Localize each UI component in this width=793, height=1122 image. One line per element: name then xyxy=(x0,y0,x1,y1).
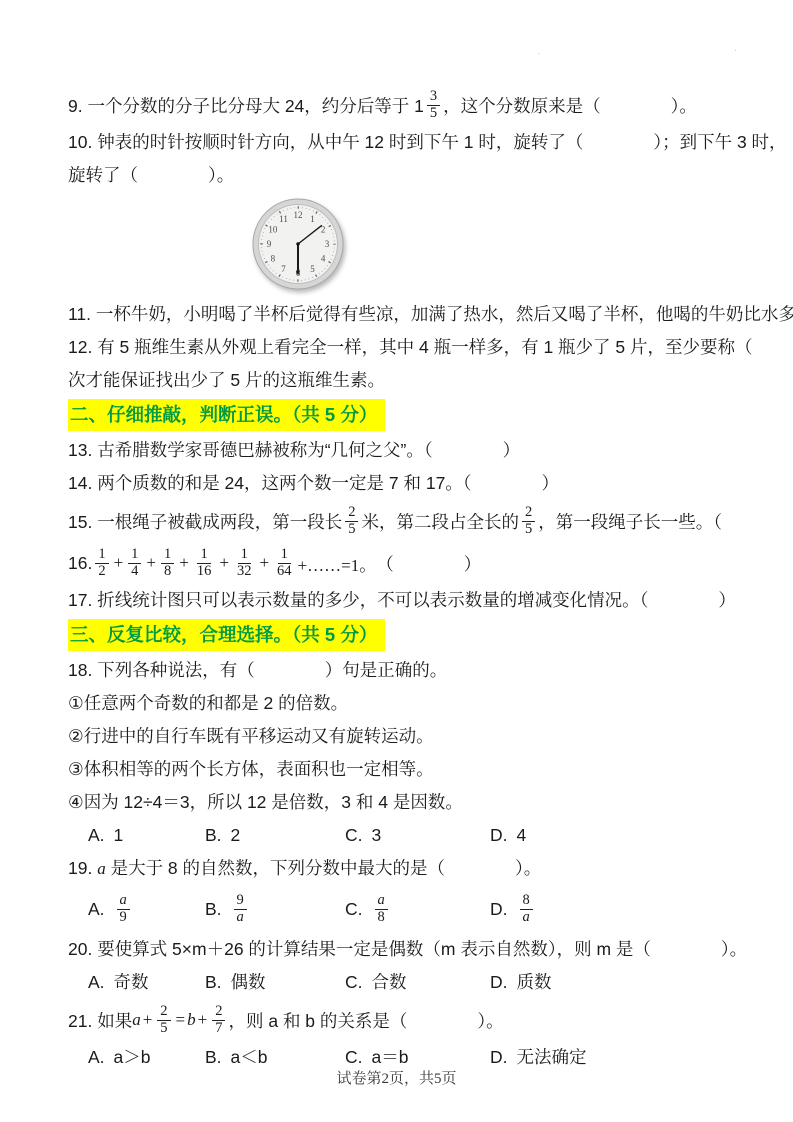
fraction-1-8: 18 xyxy=(161,547,174,579)
clock-number-5: 5 xyxy=(310,264,315,274)
option-a: A.1 xyxy=(88,819,205,852)
variable-a: a xyxy=(97,859,106,878)
variable-a: a xyxy=(132,1010,141,1030)
question-11: 11. 一杯牛奶，小明喝了半杯后觉得有些凉，加满了热水，然后又喝了半杯，他喝的牛… xyxy=(68,298,743,331)
question-9-blank: ，这个分数原来是（ ）。 xyxy=(443,93,697,118)
fraction-1-32: 132 xyxy=(234,547,255,579)
variable-b: b xyxy=(187,1010,196,1030)
clock-number-4: 4 xyxy=(321,254,326,264)
question-15-blank: ，第一段绳子长一些。（ ） xyxy=(538,509,793,534)
question-9-text: 9. 一个分数的分子比分母大 24，约分后等于 1 xyxy=(68,93,424,118)
question-20-options: A.奇数 B.偶数 C.合数 D.质数 xyxy=(68,966,743,999)
plus-sign: + xyxy=(114,553,124,573)
option-d: D.4 xyxy=(490,819,743,852)
clock-image: 12 1 2 3 4 5 6 7 8 9 10 11 xyxy=(250,196,346,292)
option-c: C.3 xyxy=(345,819,490,852)
question-10-line1: 10. 钟表的时针按顺时针方向，从中午 12 时到下午 1 时，旋转了（ ）；到… xyxy=(68,126,743,159)
section-2-header-row: 二、仔细推敲，判断正误。（共 5 分） xyxy=(68,399,743,431)
question-18-item-1: ①任意两个奇数的和都是 2 的倍数。 xyxy=(68,687,743,720)
question-21-stem: 21. 如果a+25=b+27，则 a 和 b 的关系是（ ）。 xyxy=(68,999,743,1041)
question-18-options: A.1 B.2 C.3 D.4 xyxy=(68,819,743,852)
question-12-line2: 次才能保证找出少了 5 片的这瓶维生素。 xyxy=(68,364,743,397)
clock-number-1: 1 xyxy=(310,214,315,224)
plus-sign: + xyxy=(259,553,269,573)
option-a: A.奇数 xyxy=(88,966,205,999)
fraction-1-2: 12 xyxy=(95,547,108,579)
question-18-item-2: ②行进中的自行车既有平移运动又有旋转运动。 xyxy=(68,720,743,753)
section-3-header-row: 三、反复比较，合理选择。（共 5 分） xyxy=(68,619,743,651)
clock-number-11: 11 xyxy=(279,214,288,224)
clock-number-8: 8 xyxy=(271,254,276,264)
fraction-9-a: 9a xyxy=(234,893,247,925)
exam-page: · . 9. 一个分数的分子比分母大 24，约分后等于 135，这个分数原来是（… xyxy=(0,0,793,1122)
question-21-blank: ，则 a 和 b 的关系是（ ）。 xyxy=(228,1008,503,1033)
plus-sign: + xyxy=(219,553,229,573)
fraction-1-4: 14 xyxy=(128,547,141,579)
question-18-item-3: ③体积相等的两个长方体，表面积也一定相等。 xyxy=(68,753,743,786)
question-16-blank: （ ） xyxy=(376,551,481,576)
question-19-stem: 19. a 是大于 8 的自然数，下列分数中最大的是（ ）。 xyxy=(68,852,743,885)
fraction-2-5: 25 xyxy=(522,505,535,537)
option-b: B.2 xyxy=(205,819,345,852)
footer-page-number: 试卷第2页，共5页 xyxy=(0,1067,793,1088)
plus-sign: + xyxy=(143,1010,153,1030)
fraction-2-5: 25 xyxy=(345,505,358,537)
question-15-text-1: 15. 一根绳子被截成两段，第一段长 xyxy=(68,509,342,534)
watermark-dot: . xyxy=(734,42,737,54)
fraction-2-5: 25 xyxy=(157,1004,170,1036)
clock-number-12: 12 xyxy=(294,210,303,220)
fraction-a-8: a8 xyxy=(375,893,388,925)
section-2-header: 二、仔细推敲，判断正误。（共 5 分） xyxy=(68,399,385,431)
option-b: B.9a xyxy=(205,893,345,925)
clock-number-3: 3 xyxy=(325,239,330,249)
question-17: 17. 折线统计图只可以表示数量的多少，不可以表示数量的增减变化情况。（ ） xyxy=(68,584,743,617)
question-12-line1: 12. 有 5 瓶维生素从外观上看完全一样，其中 4 瓶一样多，有 1 瓶少了 … xyxy=(68,331,743,364)
option-d: D.8a xyxy=(490,893,743,925)
clock-center-dot xyxy=(296,242,299,245)
question-10-line2: 旋转了（ ）。 xyxy=(68,159,743,192)
fraction-a-9: a9 xyxy=(117,893,130,925)
question-13: 13. 古希腊数学家哥德巴赫被称为“几何之父”。（ ） xyxy=(68,434,743,467)
option-b: B.偶数 xyxy=(205,966,345,999)
question-16-number: 16. xyxy=(68,553,92,574)
fraction-1-16: 116 xyxy=(194,547,215,579)
question-9: 9. 一个分数的分子比分母大 24，约分后等于 135，这个分数原来是（ ）。 xyxy=(68,84,743,126)
fraction-3-5: 35 xyxy=(427,89,440,121)
clock-face-icon: 12 1 2 3 4 5 6 7 8 9 10 11 xyxy=(250,196,346,292)
exam-content: 9. 一个分数的分子比分母大 24，约分后等于 135，这个分数原来是（ ）。 … xyxy=(68,84,743,1074)
question-19-options: A.a9 B.9a C.a8 D.8a xyxy=(68,885,743,933)
fraction-8-a: 8a xyxy=(520,893,533,925)
question-18-item-4: ④因为 12÷4＝3，所以 12 是倍数，3 和 4 是因数。 xyxy=(68,786,743,819)
question-20-stem: 20. 要使算式 5×m＋26 的计算结果一定是偶数（m 表示自然数），则 m … xyxy=(68,933,743,966)
plus-sign: + xyxy=(146,553,156,573)
fraction-1-64: 164 xyxy=(274,547,295,579)
plus-sign: + xyxy=(179,553,189,573)
plus-sign: + xyxy=(198,1010,208,1030)
option-c: C.合数 xyxy=(345,966,490,999)
option-a: A.a9 xyxy=(88,893,205,925)
option-c: C.a8 xyxy=(345,893,490,925)
fraction-2-7: 27 xyxy=(212,1004,225,1036)
question-15-text-2: 米，第二段占全长的 xyxy=(361,509,519,534)
equals-sign: = xyxy=(176,1010,186,1030)
clock-number-7: 7 xyxy=(281,264,286,274)
question-14: 14. 两个质数的和是 24，这两个数一定是 7 和 17。（ ） xyxy=(68,467,743,500)
watermark-dot: · xyxy=(537,48,541,60)
question-16-equation-tail: +……=1。 xyxy=(298,551,377,576)
question-15: 15. 一根绳子被截成两段，第一段长25米，第二段占全长的25，第一段绳子长一些… xyxy=(68,500,743,542)
option-d: D.质数 xyxy=(490,966,743,999)
question-16: 16. 12+ 14+ 18+ 116+ 132+ 164 +……=1。 （ ） xyxy=(68,542,743,584)
section-3-header: 三、反复比较，合理选择。（共 5 分） xyxy=(68,619,385,651)
clock-number-9: 9 xyxy=(267,239,272,249)
question-18-stem: 18. 下列各种说法，有（ ）句是正确的。 xyxy=(68,654,743,687)
clock-number-10: 10 xyxy=(268,225,278,235)
